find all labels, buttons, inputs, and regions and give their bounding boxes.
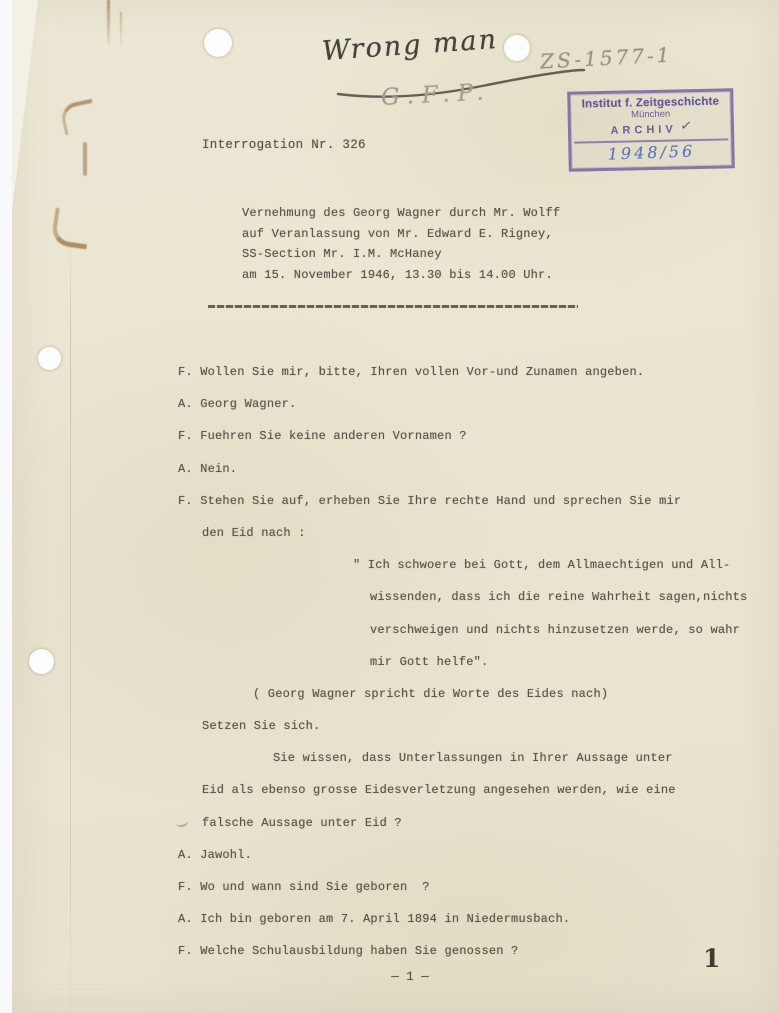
scanned-document: Wrong man G.F.P. ZS-1577-1 Institut f. Z…: [0, 0, 779, 1013]
typed-line: Eid als ebenso grosse Eidesverletzung an…: [202, 774, 779, 806]
typed-line: mir Gott helfe".: [370, 646, 779, 678]
typed-line: F. Welche Schulausbildung haben Sie geno…: [178, 935, 779, 967]
typed-line: " Ich schwoere bei Gott, dem Allmaechtig…: [353, 549, 779, 581]
typed-page-number: — 1 —: [391, 970, 429, 984]
interrogation-number: Interrogation Nr. 326: [202, 138, 366, 152]
interrogation-header: Vernehmung des Georg Wagner durch Mr. Wo…: [242, 203, 560, 285]
typed-line: Setzen Sie sich.: [202, 710, 779, 742]
page-number: 1: [703, 944, 720, 973]
typed-divider-line: [208, 305, 578, 308]
header-line: Vernehmung des Georg Wagner durch Mr. Wo…: [242, 203, 560, 224]
typed-line: ( Georg Wagner spricht die Worte des Eid…: [253, 678, 779, 710]
typed-line: F. Wo und wann sind Sie geboren ?: [178, 871, 779, 903]
typed-line: F. Stehen Sie auf, erheben Sie Ihre rech…: [178, 485, 779, 517]
typed-line: A. Jawohl.: [178, 839, 779, 871]
stamp-accession-number: 1948/56: [571, 140, 732, 165]
rust-stain: [120, 12, 122, 46]
interrogation-transcript: F. Wollen Sie mir, bitte, Ihren vollen V…: [0, 356, 779, 968]
header-line: SS-Section Mr. I.M. McHaney: [242, 244, 560, 265]
typed-line: falsche Aussage unter Eid ?: [202, 807, 779, 839]
paperclip-rust-mark: [83, 142, 87, 176]
punch-hole: [204, 29, 232, 57]
rust-stain: [107, 0, 110, 44]
typed-line: verschweigen und nichts hinzusetzen werd…: [370, 614, 779, 646]
punch-hole: [504, 35, 530, 61]
stamp-archiv-label: ARCHIV: [610, 123, 676, 136]
header-line: auf Veranlassung von Mr. Edward E. Rigne…: [242, 224, 560, 245]
typed-line: Sie wissen, dass Unterlassungen in Ihrer…: [273, 742, 779, 774]
typed-line: A. Georg Wagner.: [178, 388, 779, 420]
checkmark-icon: ✓: [679, 117, 693, 135]
typed-line: wissenden, dass ich die reine Wahrheit s…: [370, 581, 779, 613]
typed-line: den Eid nach :: [202, 517, 779, 549]
typed-line: A. Nein.: [178, 453, 779, 485]
header-line: am 15. November 1946, 13.30 bis 14.00 Uh…: [242, 265, 560, 286]
archive-stamp: Institut f. Zeitgeschichte München ARCHI…: [567, 88, 735, 171]
typed-line: F. Wollen Sie mir, bitte, Ihren vollen V…: [178, 356, 779, 388]
typed-line: A. Ich bin geboren am 7. April 1894 in N…: [178, 903, 779, 935]
typed-line: F. Fuehren Sie keine anderen Vornamen ?: [178, 420, 779, 452]
